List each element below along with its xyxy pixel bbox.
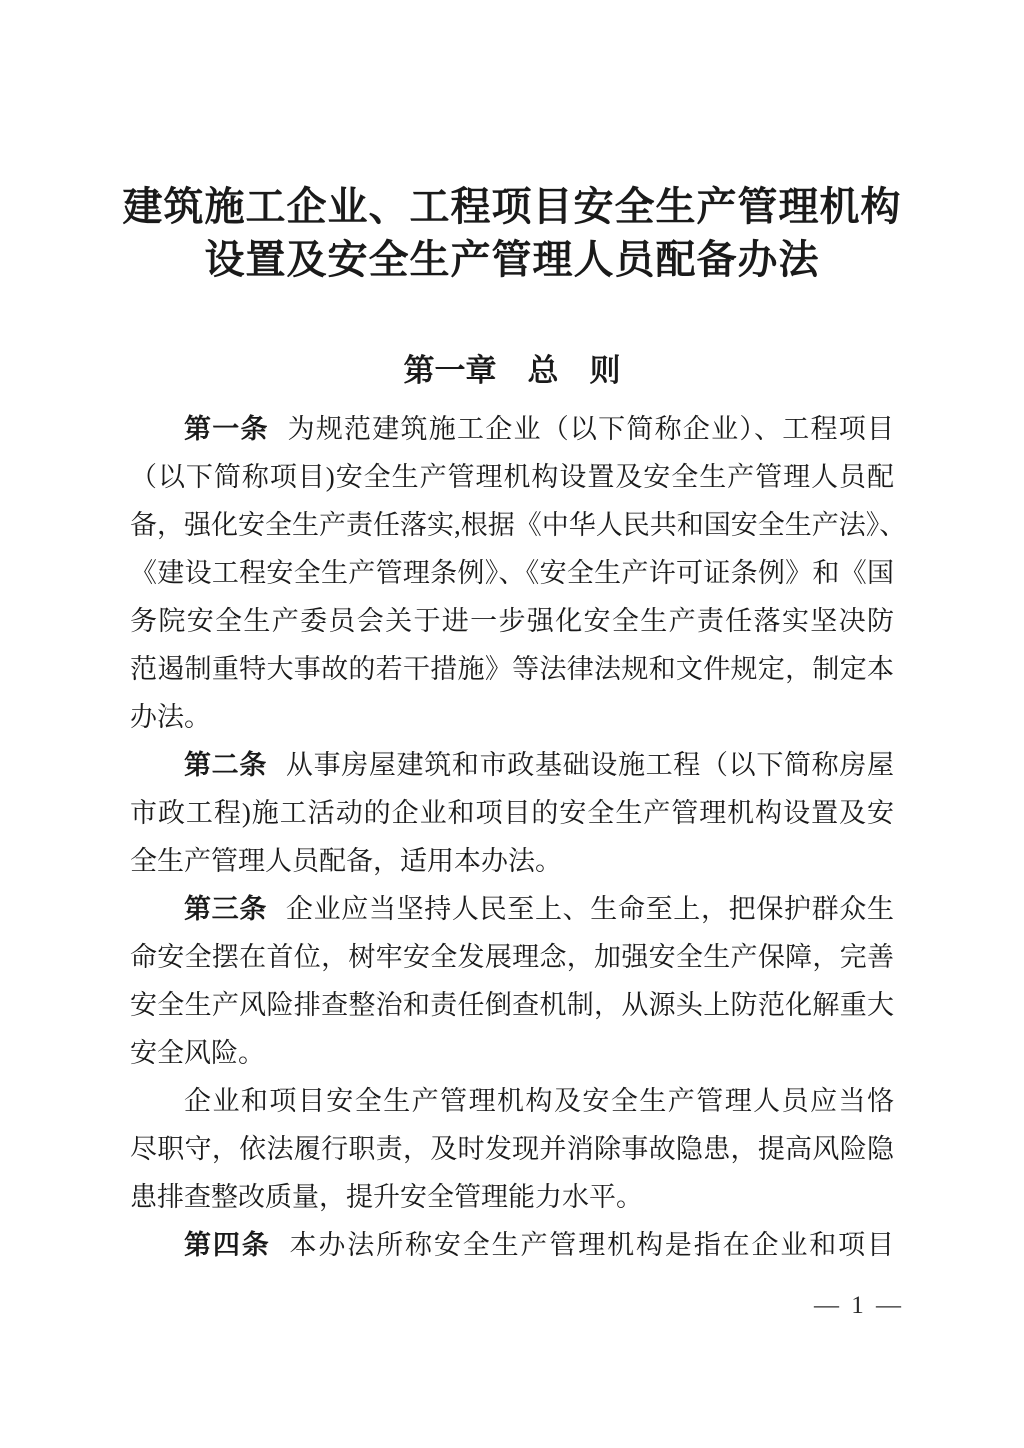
- text-line: 第二条从事房屋建筑和市政基础设施工程（以下简称房屋: [130, 741, 894, 789]
- line-text: 从事房屋建筑和市政基础设施工程（以下简称房屋: [286, 750, 894, 780]
- article-paragraph: 第四条本办法所称安全生产管理机构是指在企业和项目: [130, 1221, 894, 1269]
- text-line: 尽职守，依法履行职责，及时发现并消除事故隐患，提高风险隐: [130, 1125, 894, 1173]
- text-line: 《建设工程安全生产管理条例》、《安全生产许可证条例》和《国: [130, 549, 894, 597]
- chapter-heading: 第一章 总 则: [0, 352, 1024, 389]
- line-text: 市政工程)施工活动的企业和项目的安全生产管理机构设置及安: [130, 798, 894, 828]
- line-text: 本办法所称安全生产管理机构是指在企业和项目: [290, 1230, 895, 1260]
- body-paragraph: 企业和项目安全生产管理机构及安全生产管理人员应当恪尽职守，依法履行职责，及时发现…: [130, 1077, 894, 1221]
- line-text: 办法。: [130, 702, 211, 732]
- line-text: 尽职守，依法履行职责，及时发现并消除事故隐患，提高风险隐: [130, 1134, 894, 1164]
- text-line: 安全风险。: [130, 1029, 894, 1077]
- text-line: 范遏制重特大事故的若干措施》等法律法规和文件规定，制定本: [130, 645, 894, 693]
- title-line-2: 设置及安全生产管理人员配备办法: [0, 233, 1024, 286]
- text-line: 企业和项目安全生产管理机构及安全生产管理人员应当恪: [130, 1077, 894, 1125]
- article-paragraph: 第一条为规范建筑施工企业（以下简称企业）、工程项目（以下简称项目)安全生产管理机…: [130, 405, 894, 741]
- line-text: 患排查整改质量，提升安全管理能力水平。: [130, 1182, 643, 1212]
- text-line: 第三条企业应当坚持人民至上、生命至上，把保护群众生: [130, 885, 894, 933]
- line-text: 安全生产风险排查整治和责任倒查机制，从源头上防范化解重大: [130, 990, 894, 1020]
- line-text: 范遏制重特大事故的若干措施》等法律法规和文件规定，制定本: [130, 654, 894, 684]
- text-line: 患排查整改质量，提升安全管理能力水平。: [130, 1173, 894, 1221]
- page-number: — 1 —: [814, 1292, 904, 1320]
- text-line: 全生产管理人员配备，适用本办法。: [130, 837, 894, 885]
- line-text: 备，强化安全生产责任落实,根据《中华人民共和国安全生产法》、: [130, 510, 906, 540]
- text-line: 第一条为规范建筑施工企业（以下简称企业）、工程项目: [130, 405, 894, 453]
- article-number: 第一条: [184, 414, 269, 444]
- text-line: 命安全摆在首位，树牢安全发展理念，加强安全生产保障，完善: [130, 933, 894, 981]
- text-line: 第四条本办法所称安全生产管理机构是指在企业和项目: [130, 1221, 894, 1269]
- line-text: （以下简称项目)安全生产管理机构设置及安全生产管理人员配: [130, 462, 894, 492]
- article-paragraph: 第二条从事房屋建筑和市政基础设施工程（以下简称房屋市政工程)施工活动的企业和项目…: [130, 741, 894, 885]
- article-number: 第三条: [184, 894, 267, 924]
- line-text: 命安全摆在首位，树牢安全发展理念，加强安全生产保障，完善: [130, 942, 894, 972]
- text-line: 市政工程)施工活动的企业和项目的安全生产管理机构设置及安: [130, 789, 894, 837]
- document-title: 建筑施工企业、工程项目安全生产管理机构 设置及安全生产管理人员配备办法: [0, 180, 1024, 286]
- text-line: 安全生产风险排查整治和责任倒查机制，从源头上防范化解重大: [130, 981, 894, 1029]
- line-text: 企业和项目安全生产管理机构及安全生产管理人员应当恪: [184, 1086, 894, 1116]
- line-text: 为规范建筑施工企业（以下简称企业）、工程项目: [288, 414, 894, 444]
- line-text: 全生产管理人员配备，适用本办法。: [130, 846, 562, 876]
- text-line: 备，强化安全生产责任落实,根据《中华人民共和国安全生产法》、: [130, 501, 894, 549]
- article-number: 第二条: [184, 750, 267, 780]
- title-line-1: 建筑施工企业、工程项目安全生产管理机构: [0, 180, 1024, 233]
- article-paragraph: 第三条企业应当坚持人民至上、生命至上，把保护群众生命安全摆在首位，树牢安全发展理…: [130, 885, 894, 1077]
- text-line: （以下简称项目)安全生产管理机构设置及安全生产管理人员配: [130, 453, 894, 501]
- text-line: 务院安全生产委员会关于进一步强化安全生产责任落实坚决防: [130, 597, 894, 645]
- article-number: 第四条: [184, 1230, 271, 1260]
- line-text: 《建设工程安全生产管理条例》、《安全生产许可证条例》和《国: [130, 558, 894, 588]
- line-text: 企业应当坚持人民至上、生命至上，把保护群众生: [286, 894, 894, 924]
- document-page: 建筑施工企业、工程项目安全生产管理机构 设置及安全生产管理人员配备办法 第一章 …: [0, 0, 1024, 1448]
- document-body: 第一条为规范建筑施工企业（以下简称企业）、工程项目（以下简称项目)安全生产管理机…: [130, 405, 894, 1269]
- text-line: 办法。: [130, 693, 894, 741]
- line-text: 务院安全生产委员会关于进一步强化安全生产责任落实坚决防: [130, 606, 894, 636]
- line-text: 安全风险。: [130, 1038, 265, 1068]
